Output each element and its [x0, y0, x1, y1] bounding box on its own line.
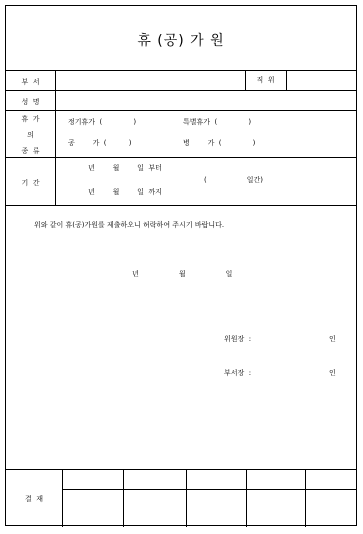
approval-sign-cell-4[interactable] — [248, 491, 304, 525]
divider — [186, 469, 187, 527]
divider — [62, 489, 356, 490]
approval-title-cell-4[interactable] — [248, 471, 304, 488]
divider — [123, 469, 124, 527]
divider — [246, 469, 247, 527]
approval-title-cell-3[interactable] — [188, 471, 245, 488]
form-title: 휴 (공) 가 원 — [6, 30, 356, 50]
approval-sign-cell-3[interactable] — [188, 491, 245, 525]
request-date[interactable]: 년 월 일 — [132, 271, 232, 278]
approval-sign-cell-5[interactable] — [307, 491, 355, 525]
divider — [305, 469, 306, 527]
leave-application-form: 휴 (공) 가 원 부 서 직 위 성 명 휴 가 의 종 류 정기휴가 ( )… — [5, 5, 357, 526]
divider — [286, 70, 287, 90]
name-field[interactable] — [57, 92, 353, 109]
approval-sign-cell-1[interactable] — [64, 491, 122, 525]
divider — [55, 70, 56, 205]
leave-type-label-3: 종 류 — [6, 146, 55, 156]
divider — [6, 110, 356, 111]
divider — [6, 469, 356, 470]
sick-leave-option[interactable]: 병 가 ( ) — [183, 140, 255, 147]
approval-title-cell-5[interactable] — [307, 471, 355, 488]
leave-type-label-2: 의 — [6, 130, 55, 140]
request-statement: 위와 같이 휴(공)가원를 제출하오니 허락하여 주시기 바랍니다. — [34, 222, 224, 229]
chair-label: 위원장 : — [224, 336, 251, 343]
official-leave-option[interactable]: 공 가 ( ) — [68, 140, 132, 147]
department-label: 부 서 — [6, 77, 55, 87]
divider — [6, 205, 356, 206]
leave-type-label-1: 휴 가 — [6, 114, 55, 124]
period-from[interactable]: 년 월 일 부터 — [88, 165, 162, 172]
head-label: 부서장 : — [224, 370, 251, 377]
chair-seal[interactable]: 인 — [329, 336, 336, 343]
approval-title-cell-1[interactable] — [64, 471, 122, 488]
approval-title-cell-2[interactable] — [125, 471, 185, 488]
approval-label: 결 재 — [6, 496, 62, 503]
approval-sign-cell-2[interactable] — [125, 491, 185, 525]
position-field[interactable] — [288, 72, 353, 89]
head-seal[interactable]: 인 — [329, 370, 336, 377]
position-label: 직 위 — [245, 77, 286, 84]
period-days[interactable]: ( 일간) — [204, 177, 263, 184]
divider — [62, 469, 63, 527]
divider — [6, 70, 356, 71]
divider — [6, 157, 356, 158]
period-label: 기 간 — [6, 178, 55, 188]
special-leave-option[interactable]: 특별휴가 ( ) — [183, 119, 251, 126]
department-field[interactable] — [57, 72, 244, 89]
period-to[interactable]: 년 월 일 까지 — [88, 189, 162, 196]
divider — [6, 90, 356, 91]
name-label: 성 명 — [6, 97, 55, 107]
regular-leave-option[interactable]: 정기휴가 ( ) — [68, 119, 136, 126]
